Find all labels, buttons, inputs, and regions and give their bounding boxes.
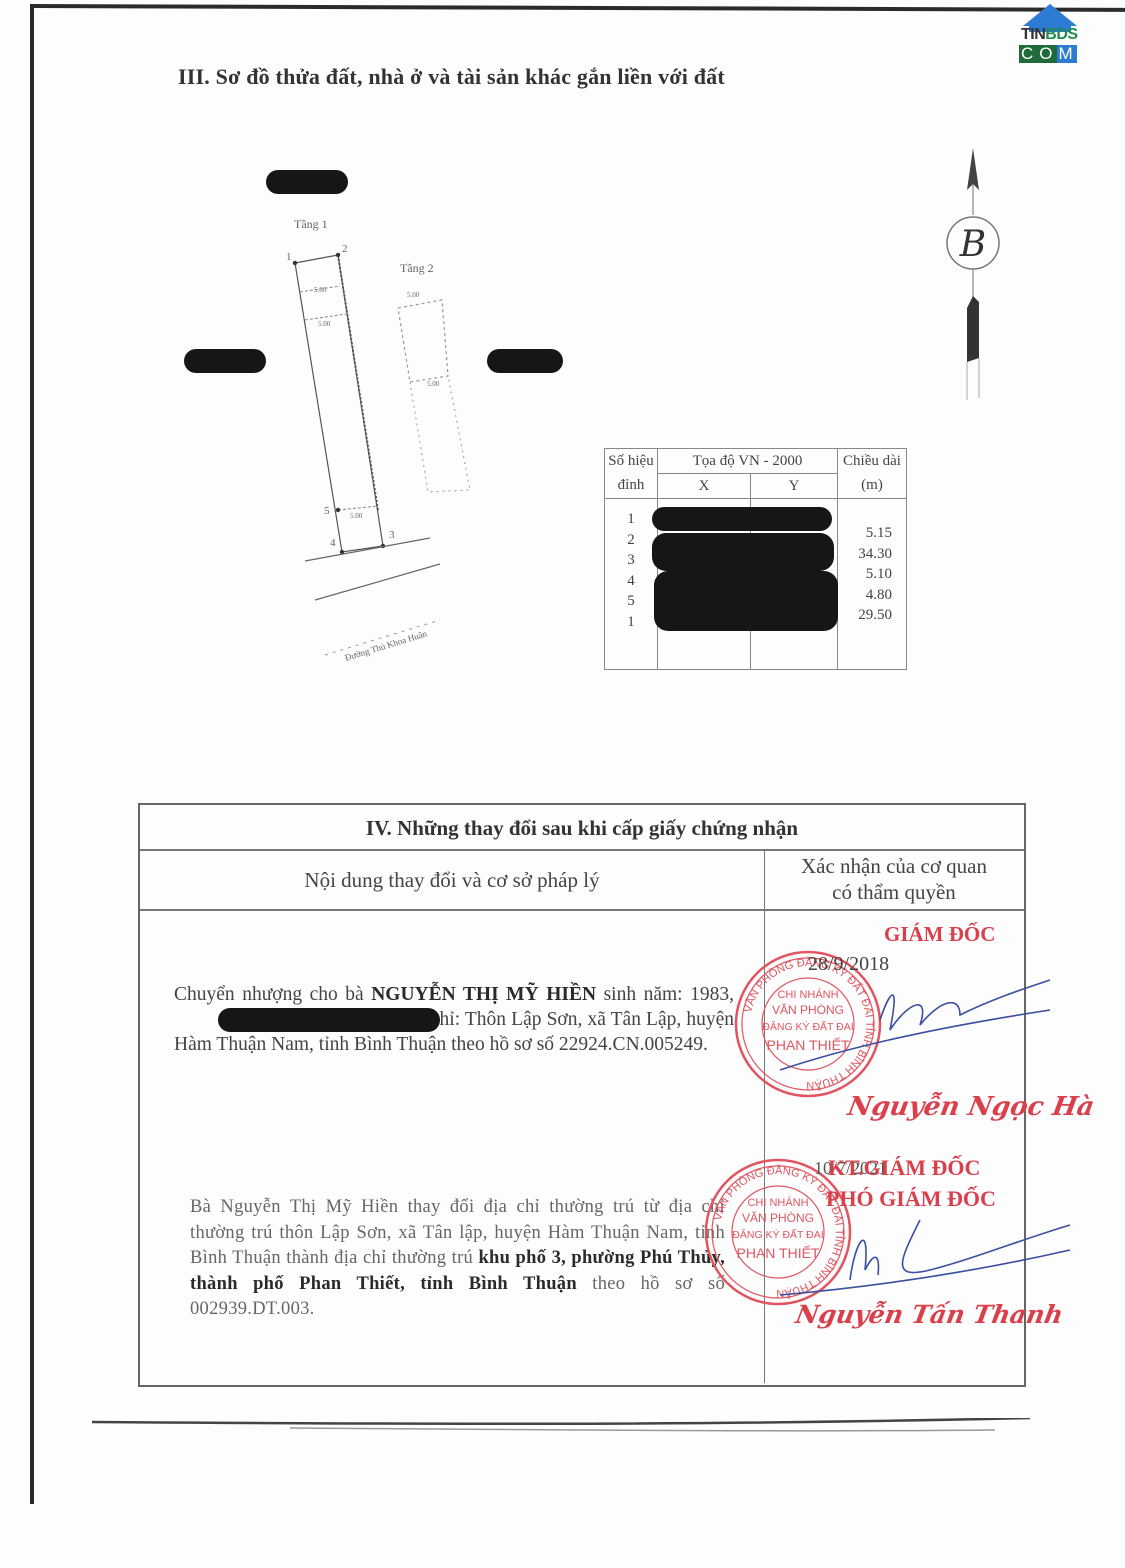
- svg-text:5: 5: [324, 505, 330, 517]
- page-edge-top: [30, 4, 1125, 12]
- signature-2: [760, 1210, 1080, 1310]
- tinbds-logo: TINBDS COM: [1019, 4, 1081, 62]
- svg-text:Tầng 2: Tầng 2: [400, 261, 434, 275]
- signature-1: [760, 970, 1060, 1080]
- signer-name-1: Nguyễn Ngọc Hà: [845, 1092, 1096, 1122]
- change-entry-2: Bà Nguyễn Thị Mỹ Hiền thay đổi địa chỉ t…: [190, 1195, 725, 1323]
- svg-text:1: 1: [286, 251, 292, 263]
- north-arrow-icon: B: [935, 140, 1015, 410]
- signer-title-2b: PHÓ GIÁM ĐỐC: [826, 1186, 996, 1212]
- page-edge-bottom: [90, 1418, 1040, 1458]
- col-header-authority: Xác nhận của cơ quan có thẩm quyền: [766, 853, 1022, 905]
- signer-name-2: Nguyễn Tấn Thanh: [793, 1300, 1065, 1329]
- redaction: [654, 571, 838, 631]
- vertex-list: 1 2 3 4 5 1: [605, 499, 658, 670]
- svg-text:2: 2: [342, 243, 348, 255]
- section4-title: IV. Những thay đổi sau khi cấp giấy chứn…: [140, 805, 1024, 851]
- svg-text:Tầng 1: Tầng 1: [294, 217, 328, 231]
- signer-title-1: GIÁM ĐỐC: [884, 922, 995, 947]
- svg-text:4: 4: [330, 537, 336, 549]
- redaction: [266, 170, 348, 194]
- page-edge-left: [30, 4, 34, 1504]
- house-roof-icon: [1023, 4, 1077, 26]
- svg-text:B: B: [959, 224, 986, 265]
- col-header-content: Nội dung thay đổi và cơ sở pháp lý: [140, 851, 764, 909]
- svg-text:CHI NHÁNH: CHI NHÁNH: [747, 1196, 808, 1209]
- svg-text:5.00: 5.00: [407, 291, 420, 299]
- redaction: [652, 507, 832, 531]
- redaction: [218, 1008, 440, 1032]
- redaction: [652, 533, 834, 571]
- svg-text:5.00: 5.00: [318, 320, 331, 328]
- svg-text:3: 3: [389, 529, 395, 541]
- signer-title-2a: KT.GIÁM ĐỐC: [828, 1155, 980, 1181]
- parcel-sketch: Tầng 1 Tầng 2 1 2 3 4 5 5.00 5.00 5.00 5…: [250, 200, 550, 670]
- svg-text:5.00: 5.00: [350, 512, 363, 520]
- svg-text:5.00: 5.00: [427, 380, 440, 388]
- section3-title: III. Sơ đồ thửa đất, nhà ở và tài sản kh…: [178, 64, 725, 90]
- length-list: 5.15 34.30 5.10 4.80 29.50: [838, 499, 907, 670]
